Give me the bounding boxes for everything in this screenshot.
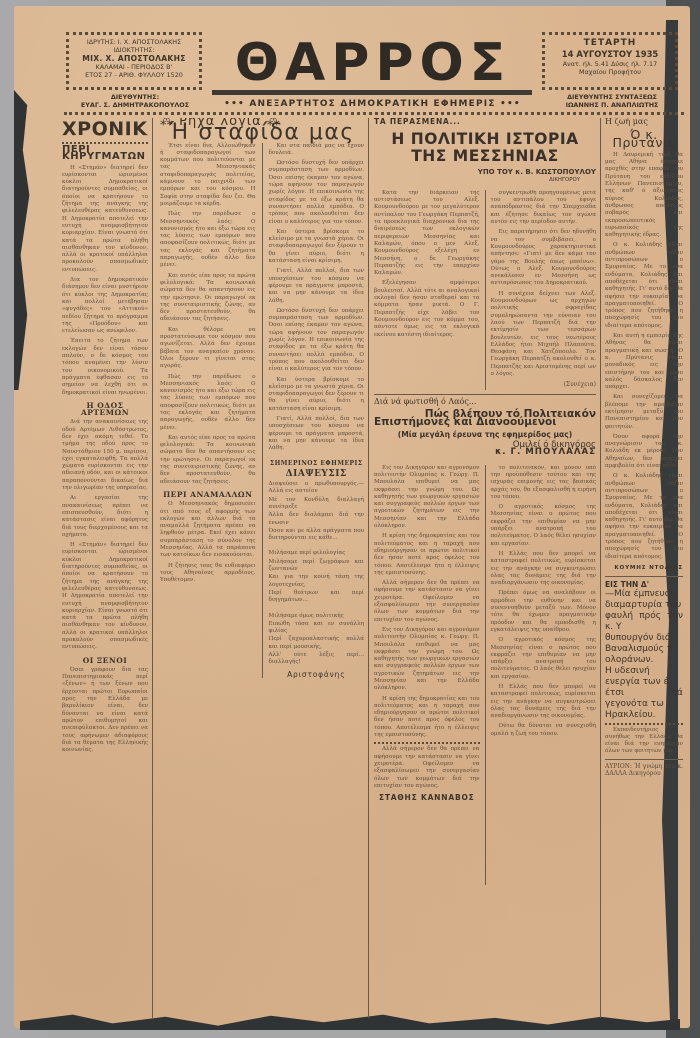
- byline: ΥΠΟ ΤΟΥ κ. Β. ΚΩΣΤΟΠΟΥΛΟΥ: [374, 169, 596, 176]
- subcolumn-right: συγκεντρωθή προηγουμένως μετά του αντιπά…: [491, 190, 597, 390]
- paragraph: Η συνέχεια δείχνει των Αλεξ. Κουμουνδούρ…: [491, 291, 597, 379]
- headline-line-2: Επιστήμονες καί Διανοούμενοι: [374, 419, 596, 426]
- dotted-rule: [374, 742, 480, 744]
- paragraph: Εις παρατήρησιν ότι δεν ηδυνήθη να τον σ…: [491, 229, 597, 287]
- director-name: ΕΥΑΓ. Σ. ΔΗΜΗΤΡΑΚΟΠΟΥΛΟΣ: [70, 102, 200, 110]
- paragraph: Η Ελλάς που δεν μπορεί να καταστραφεί πο…: [491, 684, 597, 720]
- poem-line: Μιλήσαμε περί φιλολογίας: [268, 550, 364, 557]
- year-issue: ΕΤΟΣ 27 - ΑΡΙΘ. ΦΥΛΛΟΥ 1520: [73, 71, 195, 79]
- paragraph: Δια τον Δημοκρατικόν διάσημον δεν είναι …: [62, 277, 148, 335]
- column-stafida: ⁂ Ρηχά λόγια ⁂ Ή σταφίδα μας Έτσι είναι …: [160, 118, 364, 1018]
- article2: Διά νά φωτισθή ό Λαός... Πώς βλέπουν τό …: [374, 394, 596, 885]
- notice-line: έτσι τά γεγονότα τω: [605, 688, 683, 710]
- poem-line: Και για την κοινή τάση της λογοτεχνίας,: [268, 574, 364, 589]
- paragraph: Εκπαιδευτήριος συνήθως την Ελλάδα θα είν…: [605, 727, 683, 756]
- poem-gap: [268, 543, 364, 549]
- headline-subtitle: (Μία μεγάλη έρευνα της εφημερίδος μας): [374, 431, 596, 438]
- paragraph: Και ύστερα βρίσκομε το κλείσιμο με τα γν…: [268, 229, 364, 265]
- poem-line: Μέ τον Κονδύλη διαλλαγή αυνέτρεξε: [268, 497, 364, 512]
- column-rule: [368, 118, 369, 1018]
- paragraph: Έπειτα το ζήτημα των εκλογών δεν είναι τ…: [62, 338, 148, 396]
- subcolumn-left: Εις τον Δικηγόρον και αγρονόμον πολιτευτ…: [374, 465, 480, 885]
- masthead-divider: [64, 112, 684, 115]
- paragraph: Κατά την διάρκειαν της αντιστάσεως του Α…: [374, 190, 480, 278]
- subcolumn-rule: [485, 190, 486, 390]
- paragraph: το πολιτειακόν, και μόνον υπό την προϋπό…: [491, 465, 597, 501]
- newspaper-title: ΘΑΡΡΟΣ: [208, 34, 538, 92]
- date-box: ΤΕΤΑΡΤΗ 14 ΑΥΓΟΥΣΤΟΥ 1935 Ανατ. ήλ. 5.41…: [542, 32, 678, 90]
- paragraph: Και αυτός είπε προς τα πρώτα φιλολογικά:…: [160, 273, 256, 324]
- title-rule: [212, 90, 532, 95]
- paragraph: Και αυτός είπε προς τα πρώτα φιλολογικά:…: [160, 435, 256, 486]
- column-rule: [152, 118, 153, 1018]
- poem: Διαψεύσει ο πρωθυπουργός.—Αλλά εις αστεί…: [268, 481, 364, 667]
- paragraph: Η Ελλάς που δεν μπορεί να καταστραφεί πο…: [491, 551, 597, 587]
- subcolumn-right: Και στα παιδιά μας να έχουν δουλειά. Ωστ…: [268, 143, 364, 678]
- director-right: ΔΙΕΥΘΥΝΤΗΣ ΣΥΝΤΑΞΕΩΣ ΙΩΑΝΝΗΣ Π. ΑΝΑΠΛΙΩΤ…: [542, 94, 682, 109]
- paragraph: Ούτω θα δύναται να συνεχισθή ομαλά η ζωή…: [491, 723, 597, 738]
- poem-line: Ειπώθη τόσα και εν συνάλλη φιλίας: [268, 621, 364, 636]
- section-heading: ΟΙ ΞΕΝΟΙ: [62, 657, 148, 664]
- paragraph: Η «Στημάν» διατηρεί δεν ευρίσκονται ώρισ…: [62, 542, 148, 651]
- saint-of-day: Μαχαίου Προφήτου: [549, 68, 671, 76]
- paragraph: Ο Μεσσηνιακός δημοσιεύει ότι από τους εξ…: [160, 501, 256, 559]
- sun-times: Ανατ. ήλ. 5.41 Δύσις ήλ. 7.17: [549, 60, 671, 68]
- notice-line: Βαναλισμούς τ: [605, 644, 683, 655]
- notice-lines: —Μία έμπνευση διαμαρτυρία του φαυλή πρός…: [605, 589, 683, 721]
- signature: ΚΟΥΜΗΣ ΝΤΟΛΙΟΣ: [605, 565, 683, 572]
- notice-line: Ηρακλείου.: [605, 710, 683, 721]
- i-zoi-mas-kicker: Η ζωή μας: [605, 118, 683, 125]
- notice-line: —Μία έμπνευση: [605, 589, 683, 600]
- dotted-rule: [605, 723, 683, 725]
- paragraph: Αι εργασίαι της ανακαινίσεως πρέπει να ε…: [62, 495, 148, 539]
- issue-date: 14 ΑΥΓΟΥΣΤΟΥ 1935: [549, 49, 671, 60]
- paragraph: Εξελέγησαν αμφότεροι βουλευταί. Αλλά τότ…: [374, 280, 480, 338]
- chronika-subheading: ΠΕΡΙ ΚΗΡΥΓΜΑΤΩΝ: [62, 146, 148, 161]
- paragraph: Η κρίση της δημοκρατίας και του πολιτεύμ…: [374, 696, 480, 740]
- prytanis-heading: Ό κ. Πρύτανις: [605, 131, 683, 146]
- paragraph: Έτσι είναι δια, Αλλοιώθηκαν ή σταφιδοπαρ…: [160, 143, 256, 209]
- paragraph: Όσον αφορά την αναγνώρισιν του κ. Κολιάδ…: [605, 434, 683, 470]
- poem-line: Αλλ' ούτε λέξις περί... διαλλαγής!: [268, 652, 364, 667]
- paragraph: Όσοι γράφουν δια τας Πανεπιστημιακάς περ…: [62, 667, 148, 755]
- section-heading: Η ΟΔΟΣ ΑΡΤΕΜΩΝ: [62, 402, 148, 417]
- paragraph: Η ζήτησις τους θα ενδιαφέρει τους Αθηναί…: [160, 563, 256, 585]
- owner-name: ΜΙΧ. Χ. ΑΠΟΣΤΟΛΑΚΗΣ: [73, 54, 195, 63]
- paragraph: Ο αγροτικός κόσμος της Μεσσηνίας είναι ο…: [491, 637, 597, 681]
- section-subtitle: ΣΗΜΕΡΙΝΟΣ ΕΦΗΜΕΡΙΣ: [268, 460, 364, 467]
- notice-line: ενεργία των έ: [605, 677, 683, 688]
- paragraph: Ο κ. Κολιάδης είναι ανθρώπων τάξιν αντιπ…: [605, 242, 683, 330]
- poem-line: Μιλήσαμε περί ζωγράφων και ζωντανών: [268, 559, 364, 574]
- divider: [605, 759, 683, 760]
- paragraph: Αλλά σήμερον δεν θα πρέπει να αφήσουμε τ…: [374, 580, 480, 624]
- place-period: ΚΑΛΑΜΑΙ - ΠΕΡΙΟΔΟΣ Β': [73, 63, 195, 71]
- paragraph: Γιατί, Αλλά πολλοί, δια των υποσχέσεων τ…: [268, 416, 364, 452]
- paragraph: Αλλά σήμερον δεν θα πρέπει να αφήσουμε τ…: [374, 746, 480, 790]
- paragraph: Και θέλομε να προστατεύσωμε τον κόσμον π…: [160, 327, 256, 371]
- paragraph: Πρέπει όμως να αναλάβουν οι αρμόδιοι την…: [491, 590, 597, 634]
- two-column-body: Έτσι είναι δια, Αλλοιώθηκαν ή σταφιδοπαρ…: [160, 143, 364, 678]
- paragraph: Η κρίση της δημοκρατίας και του πολιτεύμ…: [374, 533, 480, 577]
- paragraph: Και συνεχίζομεν να βλέπομε την αμοιβαίαν…: [605, 394, 683, 430]
- continued-marker: (Συνέχεια): [491, 381, 597, 388]
- column-rule: [600, 118, 601, 1018]
- paragraph: Εις τον Δικηγόρον και αγρονόμον πολιτευτ…: [374, 465, 480, 531]
- signature: Αριστοφάνης: [268, 671, 364, 678]
- poem-line: Περί θεάτρων και περί διηγημάτων...: [268, 590, 364, 605]
- poem-line: Μιλήσαμε όμως πολιτικής: [268, 613, 364, 620]
- signature: ΣΤΑΘΗΣ ΚΑΝΝΑΒΟΣ: [374, 794, 480, 801]
- paragraph: Ο κ. Κολιάδης είναι ανθρώπων τάξιν αντιπ…: [605, 473, 683, 561]
- director-left: ΔΙΕΥΘΥΝΤΗΣ: ΕΥΑΓ. Σ. ΔΗΜΗΤΡΑΚΟΠΟΥΛΟΣ: [70, 94, 200, 109]
- poem-line: Περί ζαχαροπλαστικής πολλά και περί μουσ…: [268, 636, 364, 651]
- notice-line: Η υδεσινή: [605, 666, 683, 677]
- politiki-istoria-heading: Η ΠΟΛΙΤΙΚΗ ΙΣΤΟΡΙΑ ΤΗΣ ΜΕΣΣΗΝΙΑΣ: [374, 131, 596, 165]
- tomorrow-notice: ΑΥΡΙΟΝ: Ή γνώμη του κ. ΔΑΛΛΑ Δικηγόρου: [605, 763, 683, 778]
- founder: ΙΔΡΥΤΗΣ: Ι. Χ. ΑΠΟΣΤΟΛΑΚΗΣ: [73, 38, 195, 46]
- poem-line: Άλλα δεν διαλάμπει διά την ένωσιν: [268, 512, 364, 527]
- paragraph: Και στα παιδιά μας να έχουν δουλειά.: [268, 143, 364, 158]
- paragraph: Ωστόσο δυστυχή δεν υπάρχει συμπαράσταση …: [268, 160, 364, 226]
- paragraph: Ωστόσο δυστυχή δεν υπάρχει συμπαράσταση …: [268, 308, 364, 374]
- article2-body: Εις τον Δικηγόρον και αγρονόμον πολιτευτ…: [374, 465, 596, 885]
- article1-body: Κατά την διάρκειαν της αντιστάσεως του Α…: [374, 190, 596, 390]
- banner-text: Διά νά φωτισθή ό Λαός...: [374, 398, 596, 405]
- poem-line: Όσον και με άλλα πράγματα που διατηρούντ…: [268, 528, 364, 543]
- column-prytanis: Η ζωή μας Ό κ. Πρύτανις Η Δαυρεμική τιμή…: [605, 118, 683, 1018]
- chronika-heading: ΧΡΟΝΙΚΑ: [62, 118, 148, 140]
- column-politiki-istoria: ΤΑ ΠΕΡΑΣΜΕΝΑ... Η ΠΟΛΙΤΙΚΗ ΙΣΤΟΡΙΑ ΤΗΣ Μ…: [374, 118, 596, 1018]
- divider: [605, 576, 683, 577]
- speaker-line-2: κ. Γ. ΜΠΟΥΛΑΛΑΣ: [374, 449, 596, 456]
- subcolumn-rule: [262, 143, 263, 678]
- diapsefsis-heading: ΔΙΑΨΕΥΣΙΣ: [268, 471, 364, 478]
- notice-line: θυπουργόν διά: [605, 633, 683, 644]
- weekday: ΤΕΤΑΡΤΗ: [549, 38, 671, 49]
- stafida-heading: Ή σταφίδα μας: [160, 129, 364, 136]
- notice-line: φαυλή πρός τον κ. Υ: [605, 611, 683, 633]
- paragraph: Πώς την παρέδωσε ο Μεσσηνιακός λαός: Ο κ…: [160, 374, 256, 432]
- masthead: ΙΔΡΥΤΗΣ: Ι. Χ. ΑΠΟΣΤΟΛΑΚΗΣ ΙΔΙΟΚΤΗΤΗΣ: Μ…: [60, 20, 690, 112]
- subcolumn-rule: [485, 465, 486, 885]
- section-heading: ΠΕΡΙ ΑΝΑΜΑΛΛΩΝ: [160, 491, 256, 498]
- paragraph: Ο αγροτικός κόσμος της Μεσσηνίας είναι ο…: [491, 504, 597, 548]
- poem-line: Διαψεύσει ο πρωθυπουργός.—Αλλά εις αστεί…: [268, 481, 364, 496]
- paragraph: Η Δαυρεμική τιμή θα μας Αθήνα έργυηκε πρ…: [605, 152, 683, 240]
- subcolumn-left: Έτσι είναι δια, Αλλοιώθηκαν ή σταφιδοπαρ…: [160, 143, 256, 678]
- subcolumn-right: το πολιτειακόν, και μόνον υπό την προϋπό…: [491, 465, 597, 885]
- poem-gap: [268, 606, 364, 612]
- paragraph: συγκεντρωθή προηγουμένως μετά του αντιπά…: [491, 190, 597, 226]
- section-heading: ΕΙΣ ΤΗΝ Δ': [605, 581, 683, 588]
- paragraph: Εις τον Δικηγόρον και αγρονόμον πολιτευτ…: [374, 627, 480, 693]
- owner-label: ΙΔΙΟΚΤΗΤΗΣ:: [73, 46, 195, 54]
- notice-line: διαμαρτυρία του: [605, 600, 683, 611]
- paragraph: Πώς την παρέδωσε ο Μεσσηνιακός λαός: Ο κ…: [160, 211, 256, 269]
- editor-name: ΙΩΑΝΝΗΣ Π. ΑΝΑΠΛΙΩΤΗΣ: [542, 102, 682, 110]
- byline-role: ΔΙΚΗΓΟΡΟΥ: [374, 177, 596, 184]
- notice-line: ολοράνων.: [605, 655, 683, 666]
- paragraph: Και αυτή η εμπειρία της Αθήνας θα είναι …: [605, 333, 683, 391]
- paragraph: Και ύστερα βρίσκομε το κλείσιμο με τα γν…: [268, 377, 364, 413]
- column-chronika: ΧΡΟΝΙΚΑ ΠΕΡΙ ΚΗΡΥΓΜΑΤΩΝ Η «Στημάν» διατη…: [62, 118, 148, 1018]
- paragraph: Γιατί, Αλλά πολλοί, δια των υποσχέσεων τ…: [268, 268, 364, 304]
- newspaper-subtitle: ••• ΑΝΕΞΑΡΤΗΤΟΣ ΔΗΜΟΚΡΑΤΙΚΗ ΕΦΗΜΕΡΙΣ •••: [200, 99, 545, 109]
- paragraph: Η «Στημάν» διατηρεί δεν ευρίσκονται ώρισ…: [62, 165, 148, 274]
- publisher-box: ΙΔΡΥΤΗΣ: Ι. Χ. ΑΠΟΣΤΟΛΑΚΗΣ ΙΔΙΟΚΤΗΤΗΣ: Μ…: [66, 32, 202, 90]
- subcolumn-left: Κατά την διάρκειαν της αντιστάσεως του Α…: [374, 190, 480, 390]
- paragraph: Διά την ανακαινίσεως της οδού Αρτέμων Λι…: [62, 419, 148, 492]
- ta-perasmena-kicker: ΤΑ ΠΕΡΑΣΜΕΝΑ...: [374, 118, 596, 125]
